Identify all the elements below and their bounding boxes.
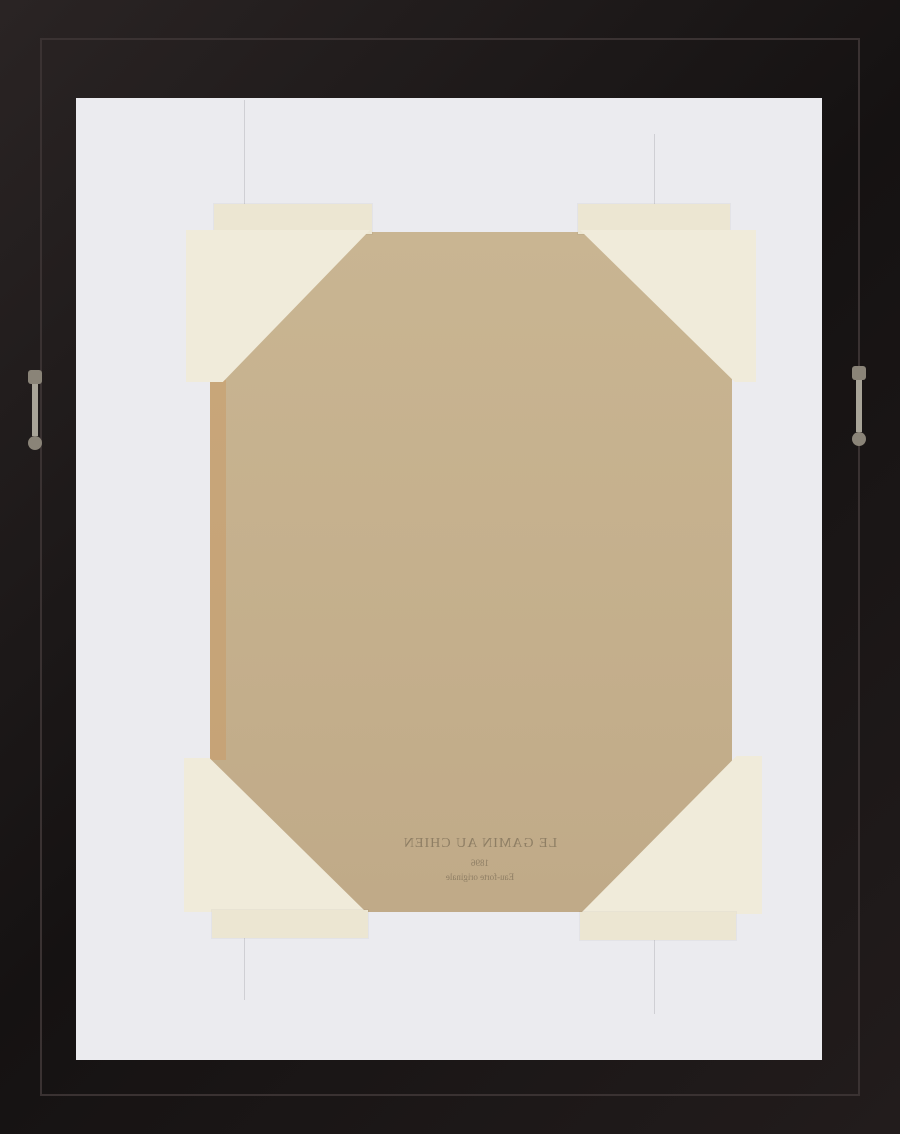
hanger-right-icon — [852, 366, 866, 446]
mirrored-caption: LE GAMIN AU CHIEN 1896 Eau-forte origina… — [380, 836, 580, 882]
tape-top-left-h — [214, 204, 372, 234]
paper-stain — [210, 380, 226, 760]
caption-title: LE GAMIN AU CHIEN — [380, 836, 580, 852]
print-sheet-back — [210, 232, 732, 912]
tape-bottom-left-h — [212, 910, 368, 938]
tape-top-right-h — [578, 204, 730, 234]
caption-subtitle: Eau-forte originale — [380, 872, 580, 882]
hanger-left-icon — [28, 370, 42, 450]
tape-bottom-right-h — [580, 912, 736, 940]
caption-year: 1896 — [380, 858, 580, 868]
